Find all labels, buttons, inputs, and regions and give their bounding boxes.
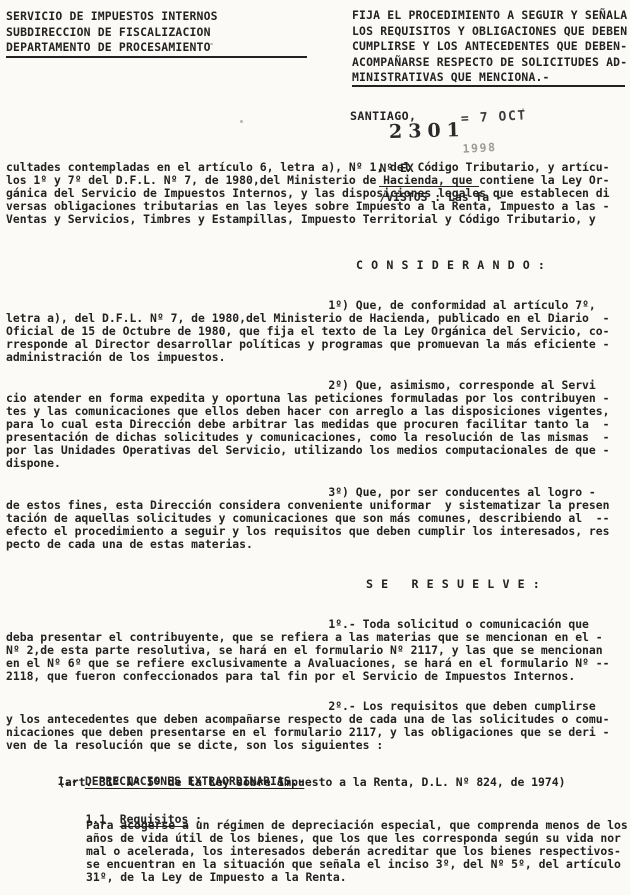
- scan-speck: [522, 108, 524, 110]
- text-line: administración de los impuestos.: [6, 351, 609, 364]
- date-stamp-day: = 7 OCT: [461, 108, 528, 126]
- resuelve-heading: S E R E S U E L V E :: [366, 577, 540, 591]
- considerando-paragraph-1: 1º) Que, de conformidad al artículo 7º,l…: [6, 299, 609, 364]
- text-line: 31º, de la Ley de Impuesto a la Renta.: [86, 871, 628, 884]
- resolution-number-stamp: 2301: [389, 119, 466, 143]
- considerando-paragraph-3: 3º) Que, por ser conducentes al logro -d…: [6, 486, 609, 551]
- text-line: dispone.: [6, 457, 609, 470]
- letterhead: SERVICIO DE IMPUESTOS INTERNOSSUBDIRECCI…: [6, 9, 218, 56]
- resuelve-paragraph-2: 2º.- Los requisitos que deben cumplirsey…: [6, 700, 609, 752]
- text-line: ven de la resolución que se dicte, son l…: [6, 739, 609, 752]
- subject-line: MINISTRATIVAS QUE MENCIONA.-: [352, 70, 627, 86]
- vistos-paragraph: cultades contempladas en el artículo 6, …: [6, 161, 609, 226]
- text-line: pecto de cada una de estas materias.: [6, 538, 609, 551]
- subject-summary: FIJA EL PROCEDIMIENTO A SEGUIR Y SEÑALAL…: [352, 8, 627, 86]
- scan-speck: [240, 120, 243, 123]
- text-line: Ventas y Servicios, Timbres y Estampilla…: [6, 213, 609, 226]
- subject-line: ACOMPAÑARSE RESPECTO DE SOLICITUDES AD-: [352, 55, 627, 71]
- letterhead-line: SUBDIRECCION DE FISCALIZACION: [6, 25, 218, 41]
- scanned-resolution-document: SERVICIO DE IMPUESTOS INTERNOSSUBDIRECCI…: [0, 0, 630, 895]
- text-line: 2118, que fueron confeccionados para tal…: [6, 670, 609, 683]
- letterhead-underline: [6, 56, 307, 58]
- subject-line: FIJA EL PROCEDIMIENTO A SEGUIR Y SEÑALA: [352, 8, 627, 24]
- subject-underline: [352, 85, 625, 87]
- considerando-heading: C O N S I D E R A N D O :: [356, 258, 546, 272]
- considerando-paragraph-2: 2º) Que, asimismo, corresponde al Servic…: [6, 379, 609, 470]
- section-1-1-paragraph: Para acogerse a un régimen de depreciaci…: [86, 819, 628, 884]
- resuelve-paragraph-1: 1º.- Toda solicitud o comunicación quede…: [6, 618, 609, 683]
- text-line: por las Unidades Operativas del Servicio…: [6, 444, 609, 457]
- letterhead-line: SERVICIO DE IMPUESTOS INTERNOS: [6, 9, 218, 25]
- subject-line: CUMPLIRSE Y LOS ANTECEDENTES QUE DEBEN-: [352, 39, 627, 55]
- section-1-subtitle: (art. 31º Nº 5º de la Ley sobre Impuesto…: [58, 776, 565, 789]
- letterhead-line: DEPARTAMENTO DE PROCESAMIENTO: [6, 40, 218, 56]
- subject-line: LOS REQUISITOS Y OBLIGACIONES QUE DEBEN: [352, 24, 627, 40]
- scan-speck: [210, 43, 213, 45]
